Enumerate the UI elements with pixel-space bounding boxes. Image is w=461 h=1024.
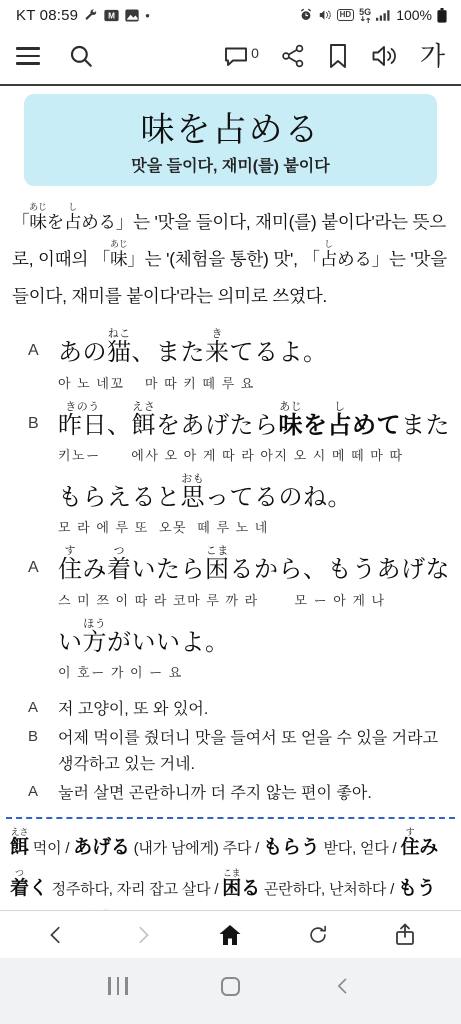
comment-bubble-icon: [223, 44, 249, 68]
comments-button[interactable]: 0: [223, 44, 259, 68]
android-home-button[interactable]: [221, 977, 240, 996]
5g-icon: 5G: [359, 8, 371, 23]
translation-line: A눌러 살면 곤란하니까 더 주지 않는 편이 좋아.: [28, 781, 453, 807]
dialogue-line: い方ほうがいいよ。이 호ー 가 이 ー 요: [28, 618, 453, 681]
speaker-label: A: [28, 328, 58, 391]
pronunciation-line: 아 노 네꼬 마 따 키 떼 루 요: [58, 373, 453, 392]
speaker-label: B: [28, 401, 58, 464]
speaker-label: B: [28, 726, 58, 778]
dialogue-list: Aあの猫ねこ、また来きてるよ。아 노 네꼬 마 따 키 떼 루 요B昨日きのう、…: [28, 328, 453, 681]
share-icon[interactable]: [281, 44, 305, 68]
carrier-time-label: KT 08:59: [16, 7, 78, 24]
speaker-icon[interactable]: [371, 44, 398, 68]
japanese-line: 住すみ着ついたら困こまるから、もうあげな: [58, 545, 453, 589]
android-back-button[interactable]: [333, 976, 353, 996]
speaker-label: [28, 618, 58, 681]
svg-text:M: M: [108, 11, 115, 20]
app-toolbar: 0 가: [0, 28, 461, 86]
expression-title-box: 味を占める 맛을 들이다, 재미(를) 붙이다: [24, 94, 437, 186]
battery-icon: [437, 8, 447, 23]
lesson-content: 味を占める 맛을 들이다, 재미(를) 붙이다 「味あじを占しめる」는 '맛을 …: [0, 88, 461, 958]
translation-text: 눌러 살면 곤란하니까 더 주지 않는 편이 좋아.: [58, 781, 453, 807]
bookmark-icon[interactable]: [327, 43, 349, 69]
battery-percent-label: 100%: [396, 7, 432, 23]
translation-text: 저 고양이, 또 와 있어.: [58, 697, 453, 723]
explanation-paragraph: 「味あじを占しめる」는 '맛을 들이다, 재미(를) 붙이다'라는 뜻으로, 이…: [12, 202, 451, 314]
share-page-button[interactable]: [385, 915, 425, 955]
japanese-line: い方ほうがいいよ。: [58, 618, 453, 662]
japanese-line: もらえると思おもってるのね。: [58, 473, 453, 517]
speaker-label: A: [28, 545, 58, 608]
translation-list: A저 고양이, 또 와 있어.B어제 먹이를 줬더니 맛을 들여서 또 얻을 수…: [28, 697, 453, 807]
pronunciation-line: 스 미 쯔 이 따 라 코마 루 까 라 모 ー 아 게 나: [58, 590, 453, 609]
hd-icon: HD: [337, 9, 355, 21]
gmail-icon: M: [104, 9, 119, 22]
home-button[interactable]: [210, 915, 250, 955]
back-button[interactable]: [36, 915, 76, 955]
vocab-divider: [6, 817, 455, 819]
dialogue-body: あの猫ねこ、また来きてるよ。아 노 네꼬 마 따 키 떼 루 요: [58, 328, 453, 391]
alarm-icon: [299, 8, 313, 22]
browser-bottom-nav: [0, 910, 461, 958]
expression-title-korean: 맛을 들이다, 재미(를) 붙이다: [30, 153, 431, 176]
dialogue-body: 昨日きのう、餌えさをあげたら味あじを占しめてまた키노ー 에사 오 아 게 따 라…: [58, 401, 453, 464]
speaker-label: A: [28, 781, 58, 807]
dialogue-body: 住すみ着ついたら困こまるから、もうあげな스 미 쯔 이 따 라 코마 루 까 라…: [58, 545, 453, 608]
android-nav-bar: [0, 958, 461, 1024]
japanese-line: 昨日きのう、餌えさをあげたら味あじを占しめてまた: [58, 401, 453, 445]
recents-button[interactable]: [108, 977, 127, 995]
speaker-label: [28, 473, 58, 536]
expression-title-japanese: 味を占める: [30, 102, 431, 151]
mute-icon: [318, 8, 332, 22]
dialogue-line: Aあの猫ねこ、また来きてるよ。아 노 네꼬 마 따 키 떼 루 요: [28, 328, 453, 391]
dialogue-line: B昨日きのう、餌えさをあげたら味あじを占しめてまた키노ー 에사 오 아 게 따 …: [28, 401, 453, 464]
gallery-icon: [125, 9, 139, 22]
dialogue-body: い方ほうがいいよ。이 호ー 가 이 ー 요: [58, 618, 453, 681]
forward-button[interactable]: [123, 915, 163, 955]
speaker-label: A: [28, 697, 58, 723]
japanese-line: あの猫ねこ、また来きてるよ。: [58, 328, 453, 372]
pronunciation-line: 이 호ー 가 이 ー 요: [58, 662, 453, 681]
refresh-button[interactable]: [298, 915, 338, 955]
dialogue-line: A住すみ着ついたら困こまるから、もうあげな스 미 쯔 이 따 라 코마 루 까 …: [28, 545, 453, 608]
translation-text: 어제 먹이를 줬더니 맛을 들여서 또 얻을 수 있을 거라고 생각하고 있는 …: [58, 726, 453, 778]
status-bar: KT 08:59 M • HD 5G 100%: [0, 0, 461, 28]
dialogue-body: もらえると思おもってるのね。모 라 에 루 또 오못 떼 루 노 네: [58, 473, 453, 536]
wrench-icon: [84, 8, 98, 22]
menu-icon[interactable]: [16, 47, 40, 65]
pronunciation-line: 키노ー 에사 오 아 게 따 라 아지 오 시 메 떼 마 따: [58, 445, 453, 464]
notification-dot: •: [145, 8, 150, 23]
comment-count-label: 0: [251, 45, 259, 61]
font-size-button[interactable]: 가: [420, 43, 445, 69]
signal-icon: [376, 9, 391, 22]
translation-line: B어제 먹이를 줬더니 맛을 들여서 또 얻을 수 있을 거라고 생각하고 있는…: [28, 726, 453, 778]
dialogue-line: もらえると思おもってるのね。모 라 에 루 또 오못 떼 루 노 네: [28, 473, 453, 536]
search-icon[interactable]: [68, 43, 94, 69]
translation-line: A저 고양이, 또 와 있어.: [28, 697, 453, 723]
pronunciation-line: 모 라 에 루 또 오못 떼 루 노 네: [58, 517, 453, 536]
